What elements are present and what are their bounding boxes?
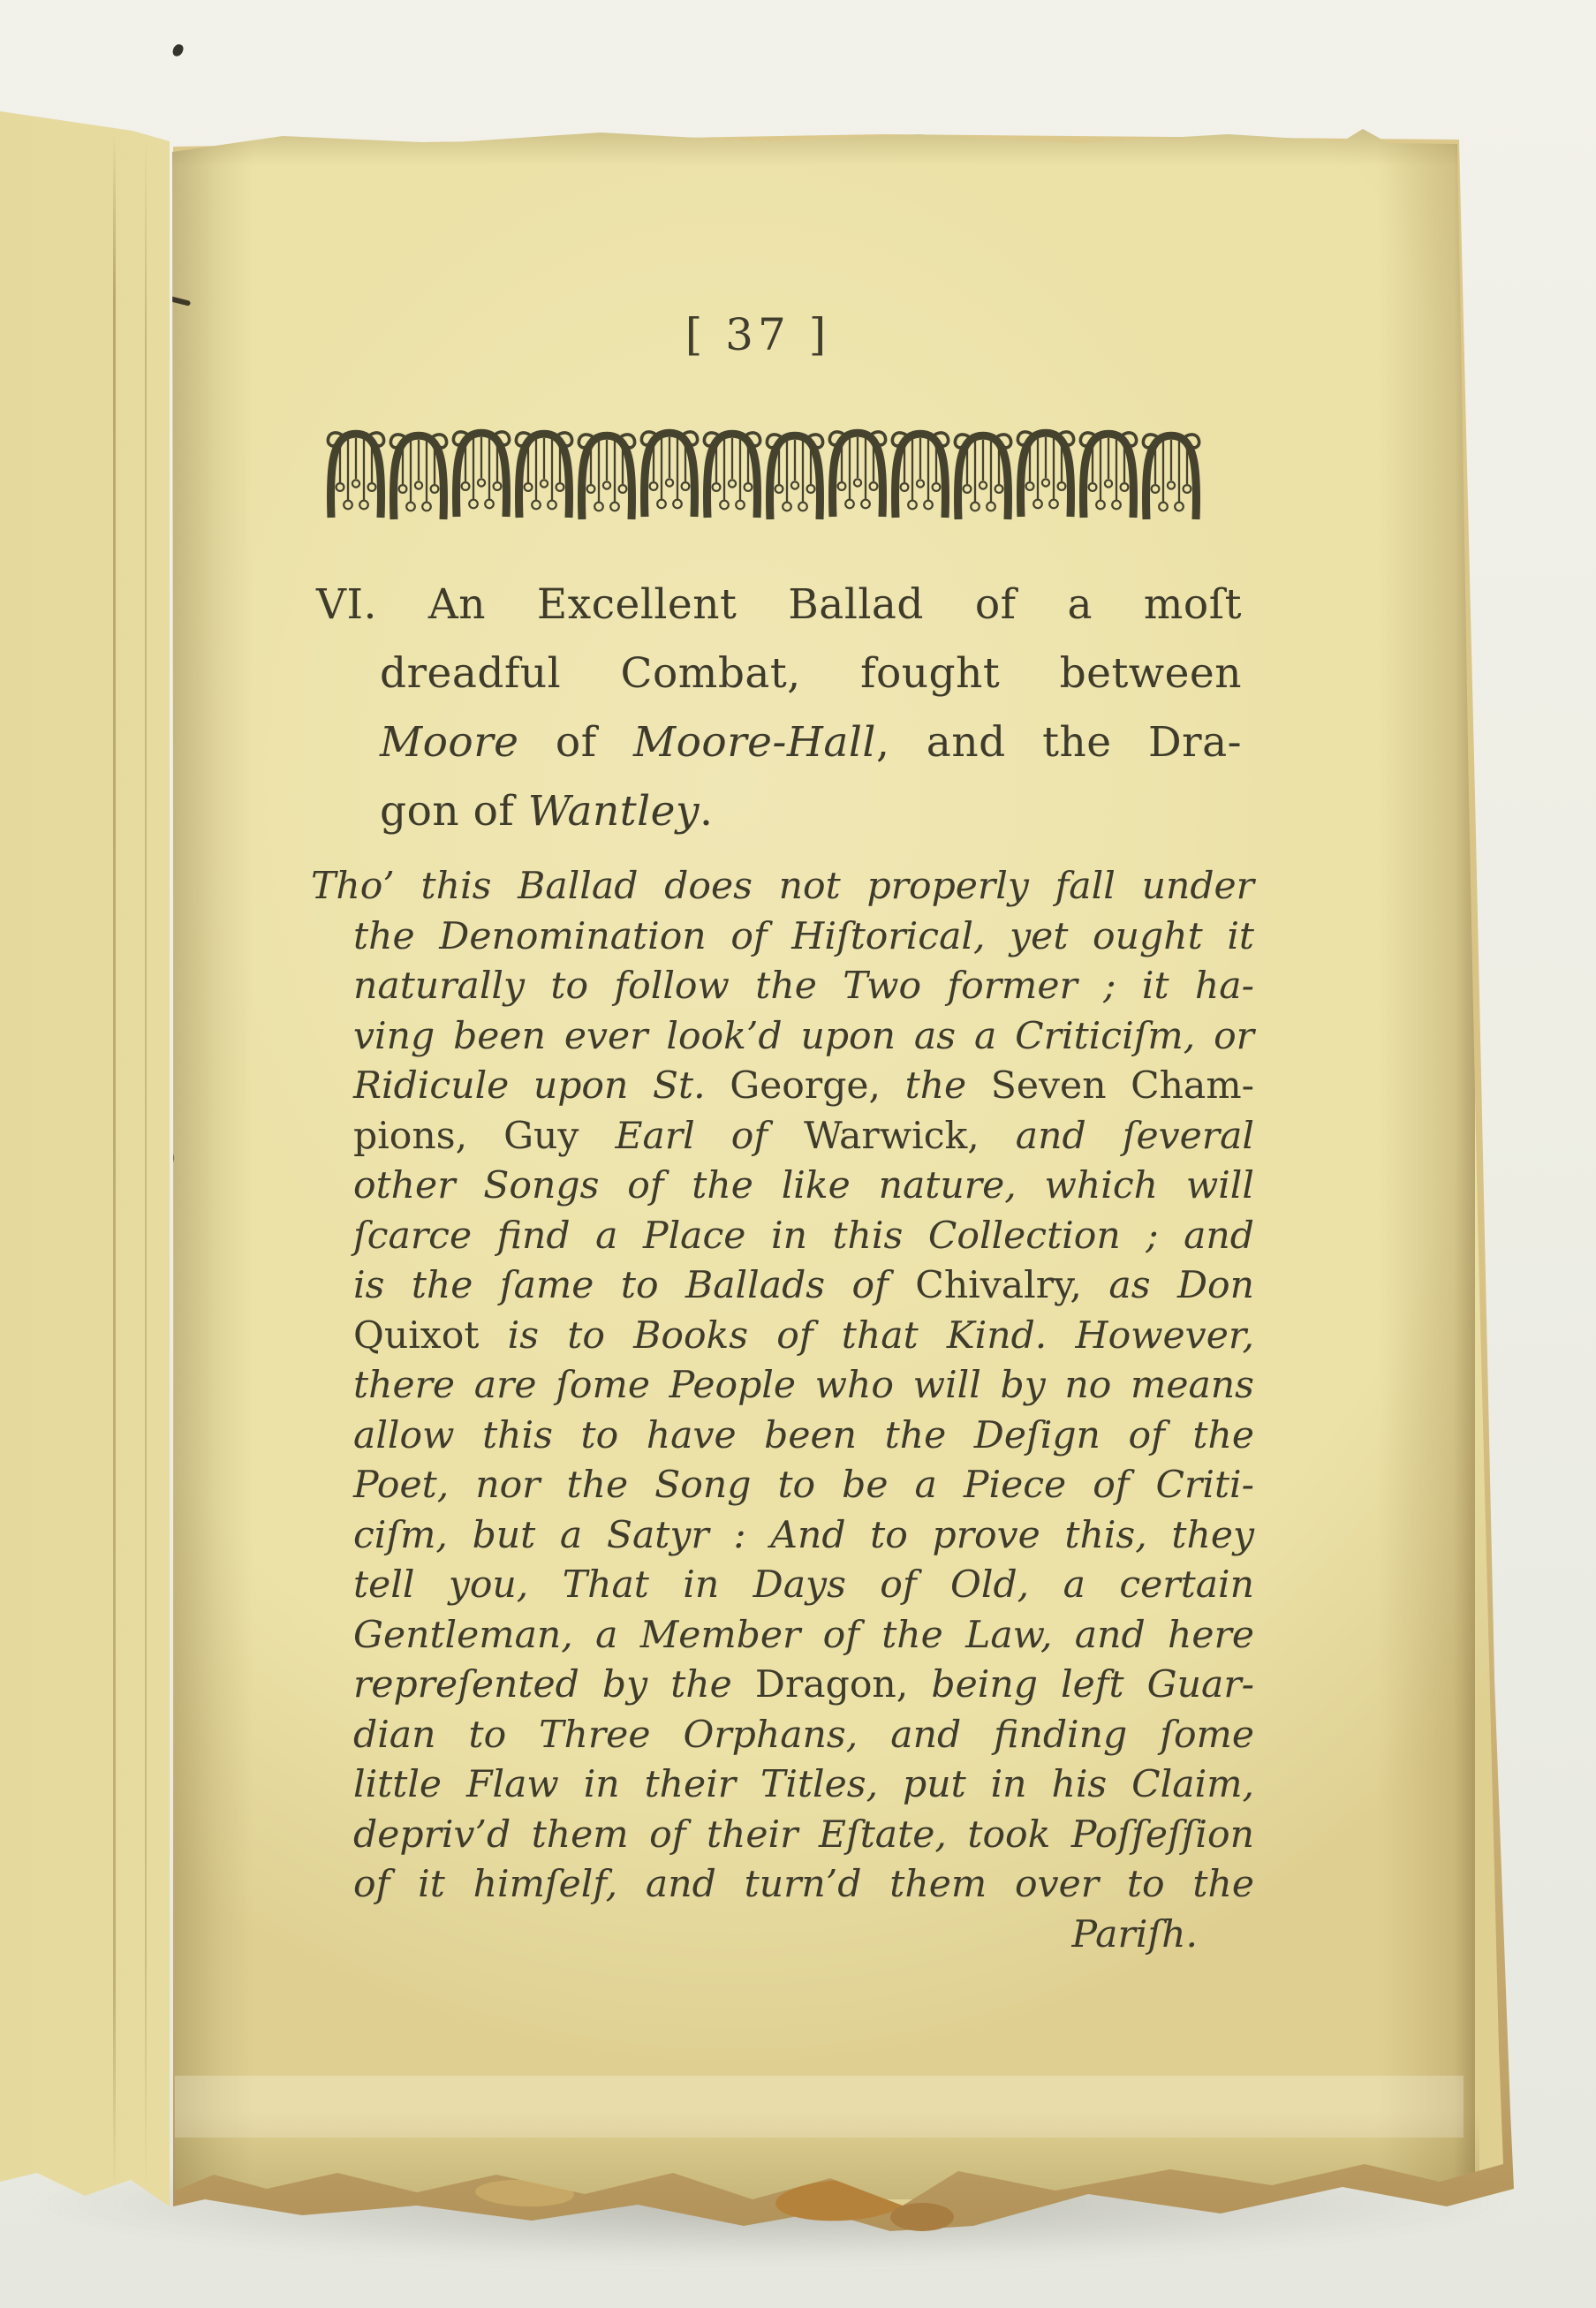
text-line: there are ſome People who will by no mea… — [311, 1361, 1254, 1411]
text-line: ciſm, but a Satyr : And to prove this, t… — [311, 1511, 1254, 1562]
text-line: little Flaw in their Titles, put in his … — [311, 1760, 1254, 1811]
text-line: pions, Guy Earl of Warwick, and ſeveral — [311, 1112, 1254, 1162]
text-line: naturally to follow the Two former ; it … — [311, 962, 1254, 1012]
text-line: other Songs of the like nature, which wi… — [311, 1162, 1254, 1212]
text-line: dian to Three Orphans, and finding ſome — [311, 1711, 1254, 1761]
headpiece-ornament — [323, 428, 1201, 526]
text-line: depriv’d them of their Eſtate, took Poſſ… — [311, 1811, 1254, 1861]
text-line: Ridicule upon St. George, the Seven Cham… — [311, 1062, 1254, 1112]
page-edge-wear — [890, 2203, 954, 2231]
text-line: ving been ever look’d upon as a Criticiſ… — [311, 1012, 1254, 1063]
photo-backdrop: [ 37 ] VI. An Excellent Ballad of a moſt… — [0, 0, 1596, 2308]
right-edge-shadow — [1378, 132, 1475, 2191]
editorial-note: Tho’ this Ballad does not properly fall … — [311, 862, 1254, 1960]
text-line: repreſented by the Dragon, being left Gu… — [311, 1661, 1254, 1711]
chapter-heading: VI. An Excellent Ballad of a moſtdreadfu… — [316, 571, 1242, 846]
text-line: tell you, That in Days of Old, a certain — [311, 1561, 1254, 1611]
text-line: the Denomination of Hiſtorical, yet ough… — [311, 912, 1254, 963]
book-page: [ 37 ] VI. An Excellent Ballad of a moſt… — [0, 0, 1596, 2308]
dust-speck — [171, 43, 185, 58]
text-line: Gentleman, a Member of the Law, and here — [311, 1611, 1254, 1661]
text-line: Poet, nor the Song to be a Piece of Crit… — [311, 1461, 1254, 1511]
text-line: of it himſelf, and turn’d them over to t… — [311, 1860, 1254, 1911]
text-line: Tho’ this Ballad does not properly fall … — [311, 862, 1254, 912]
text-line: ſcarce find a Place in this Collection ;… — [311, 1212, 1254, 1262]
text-line: Pariſh. — [311, 1911, 1254, 1961]
text-line: gon of Wantley. — [316, 777, 1242, 846]
text-line: Quixot is to Books of that Kind. However… — [311, 1312, 1254, 1362]
text-line: VI. An Excellent Ballad of a moſt — [316, 571, 1242, 639]
text-line: allow this to have been the Deſign of th… — [311, 1411, 1254, 1462]
text-line: dreadful Combat, fought between — [316, 639, 1242, 708]
text-line: is the ſame to Ballads of Chivalry, as D… — [311, 1261, 1254, 1312]
top-edge-shadow — [172, 124, 1464, 166]
gutter-shadow — [170, 132, 253, 2208]
text-line: Moore of Moore-Hall, and the Dra- — [316, 708, 1242, 777]
page-number: [ 37 ] — [537, 309, 979, 360]
